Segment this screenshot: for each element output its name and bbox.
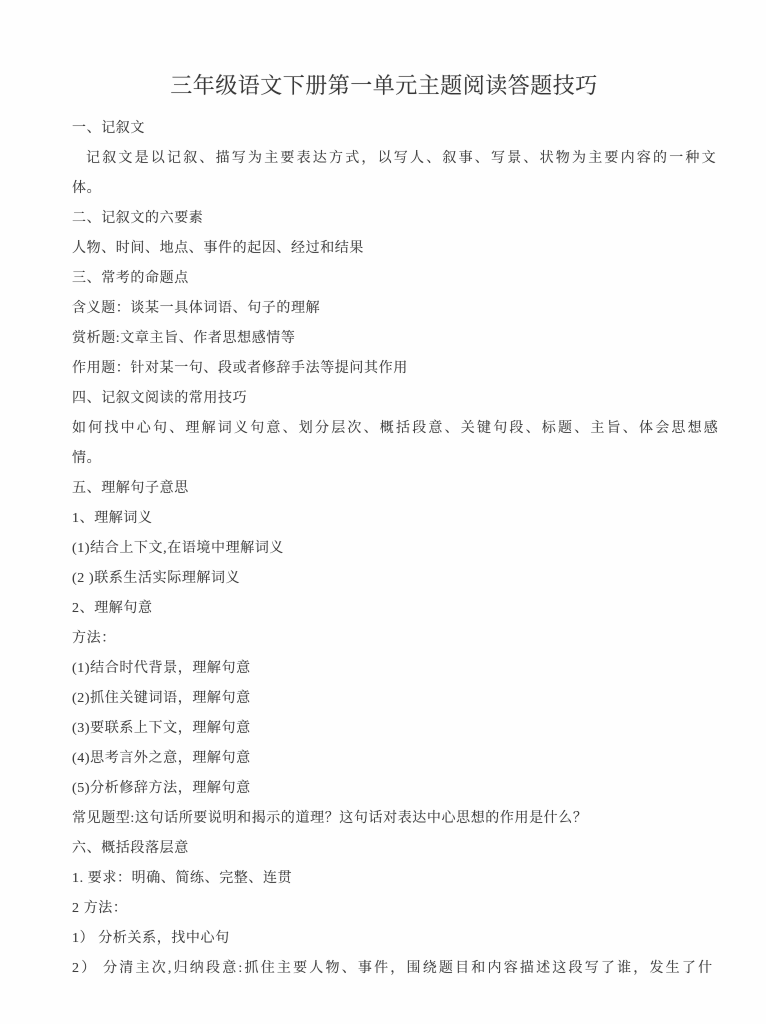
section-heading-2: 二、记叙文的六要素 [72, 204, 696, 234]
doc-line: 2、理解句意 [72, 594, 696, 624]
section-heading-5: 五、理解句子意思 [72, 474, 696, 504]
doc-line: (4)思考言外之意，理解句意 [72, 744, 696, 774]
paragraph-line: 记叙文是以记叙、描写为主要表达方式，以写人、叙事、写景、状物为主要内容的一种文 [72, 144, 696, 174]
section-heading-1: 一、记叙文 [72, 114, 696, 144]
document-page: 三年级语文下册第一单元主题阅读答题技巧 一、记叙文 记叙文是以记叙、描写为主要表… [0, 0, 766, 1024]
paragraph-line: 情。 [72, 444, 696, 474]
paragraph-line: 如何找中心句、理解词义句意、划分层次、概括段意、关键句段、标题、主旨、体会思想感 [72, 414, 696, 444]
document-title: 三年级语文下册第一单元主题阅读答题技巧 [72, 70, 696, 102]
doc-line: 方法： [72, 624, 696, 654]
doc-line: 2 方法： [72, 894, 696, 924]
doc-line: 1） 分析关系，找中心句 [72, 924, 696, 954]
doc-line: (1)结合时代背景，理解句意 [72, 654, 696, 684]
doc-line: 1. 要求：明确、简练、完整、连贯 [72, 864, 696, 894]
section-heading-6: 六、概括段落层意 [72, 834, 696, 864]
doc-line: 常见题型:这句话所要说明和揭示的道理？这句话对表达中心思想的作用是什么？ [72, 804, 696, 834]
doc-line: (5)分析修辞方法，理解句意 [72, 774, 696, 804]
section-heading-4: 四、记叙文阅读的常用技巧 [72, 384, 696, 414]
document-content: 三年级语文下册第一单元主题阅读答题技巧 一、记叙文 记叙文是以记叙、描写为主要表… [72, 70, 696, 984]
section-heading-3: 三、常考的命题点 [72, 264, 696, 294]
doc-line: 含义题：谈某一具体词语、句子的理解 [72, 294, 696, 324]
paragraph-line: 体。 [72, 174, 696, 204]
doc-line: 赏析题:文章主旨、作者思想感情等 [72, 324, 696, 354]
paragraph-line: 2） 分清主次,归纳段意:抓住主要人物、事件，围绕题目和内容描述这段写了谁，发生… [72, 954, 696, 984]
doc-line: (1)结合上下文,在语境中理解词义 [72, 534, 696, 564]
doc-line: (3)要联系上下文，理解句意 [72, 714, 696, 744]
doc-line: 人物、时间、地点、事件的起因、经过和结果 [72, 234, 696, 264]
doc-line: 1、理解词义 [72, 504, 696, 534]
doc-line: 作用题：针对某一句、段或者修辞手法等提问其作用 [72, 354, 696, 384]
doc-line: (2)抓住关键词语，理解句意 [72, 684, 696, 714]
doc-line: (2 )联系生活实际理解词义 [72, 564, 696, 594]
